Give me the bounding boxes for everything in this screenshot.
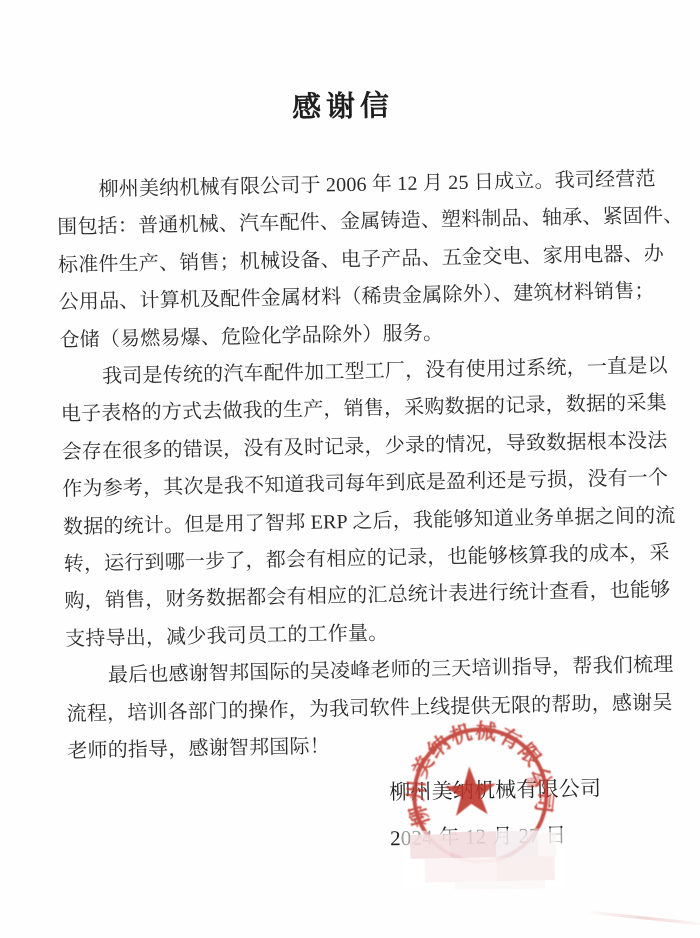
redaction-mosaic-block (538, 832, 556, 856)
scanned-letter-page: 感谢信 柳州美纳机械有限公司于 2006 年 12 月 25 日成立。我司经营范… (0, 0, 700, 938)
redaction-mosaic-block (496, 856, 554, 881)
page-title: 感谢信 (0, 77, 693, 131)
redaction-mosaic-block (410, 834, 450, 859)
redaction-mosaic-block (455, 880, 545, 890)
page-content: 感谢信 柳州美纳机械有限公司于 2006 年 12 月 25 日成立。我司经营范… (0, 0, 700, 938)
seal-star-icon (444, 765, 498, 817)
letter-body: 柳州美纳机械有限公司于 2006 年 12 月 25 日成立。我司经营范 围包括… (56, 161, 663, 867)
redaction-mosaic-block (424, 857, 496, 882)
redaction-mosaic-block (496, 830, 538, 857)
scan-artifact-line (586, 911, 700, 926)
redaction-mosaic-block (450, 831, 496, 858)
